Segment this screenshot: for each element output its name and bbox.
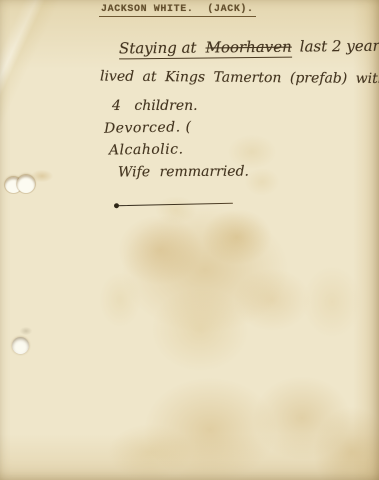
note-line-children: 4 children. (112, 98, 198, 114)
note-line-lived: lived at Kings Tamerton (prefab) with wi… (100, 69, 379, 88)
note-line-divorced: Devorced. ( (104, 119, 192, 137)
note-line-staying: Staying atMoorhavenlast 2 years. (119, 37, 379, 58)
end-divider-line (114, 201, 233, 209)
scanned-note-page: JACKSON WHITE.(JACK). Staying atMoorhave… (0, 0, 379, 480)
punch-hole-bottom (12, 337, 29, 354)
typed-header: JACKSON WHITE.(JACK). (99, 4, 256, 17)
punch-hole-top (5, 172, 39, 199)
punch-hole-top-lobe (17, 175, 35, 193)
note-line-alcoholic: Alcaholic. (109, 141, 184, 158)
staying-lead-text: Staying at (119, 39, 197, 58)
staying-place-struck-text: Moorhaven (205, 38, 291, 57)
staying-rest-text: last 2 years. (300, 37, 379, 56)
typed-name: JACKSON WHITE. (101, 4, 193, 15)
end-divider-stroke (116, 203, 233, 207)
note-line-wife: Wife remmarried. (118, 164, 249, 181)
staying-underlined-group: Staying atMoorhaven (119, 38, 292, 60)
typed-nickname: (JACK). (207, 4, 253, 15)
paper-background: JACKSON WHITE.(JACK). Staying atMoorhave… (0, 0, 379, 480)
